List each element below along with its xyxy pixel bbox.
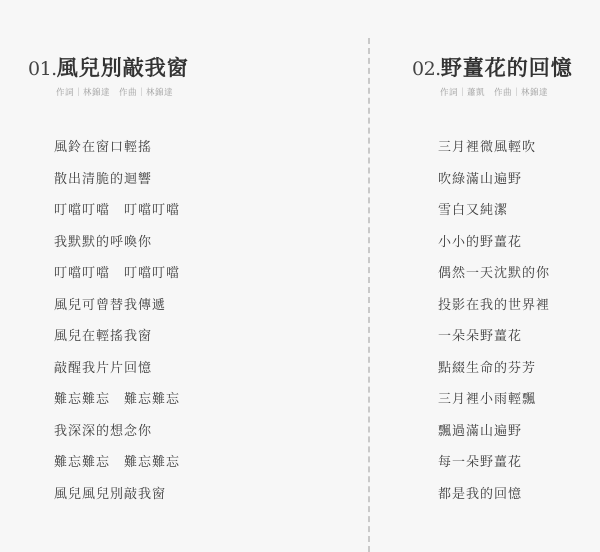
lyrics-list: 三月裡微風輕吹 吹綠滿山遍野 雪白又純潔 小小的野薑花 偶然一天沈默的你 投影在… [438,136,550,514]
lyric-line: 我默默的呼喚你 [54,231,180,263]
lyric-line: 風兒風兒別敲我窗 [54,483,180,515]
lyric-line: 叮噹叮噹 叮噹叮噹 [54,199,180,231]
song-number: 01. [28,58,57,80]
song-credits: 作詞｜林錦達 作曲｜林錦達 [56,86,173,98]
lyric-line: 都是我的回憶 [438,483,550,515]
lyric-line: 難忘難忘 難忘難忘 [54,451,180,483]
lyric-line: 偶然一天沈默的你 [438,262,550,294]
lyric-line: 敲醒我片片回憶 [54,357,180,389]
lyric-line: 我深深的想念你 [54,420,180,452]
lyric-line: 小小的野薑花 [438,231,550,263]
lyric-line: 吹綠滿山遍野 [438,168,550,200]
lyric-line: 難忘難忘 難忘難忘 [54,388,180,420]
song-title: 風兒別敲我窗 [57,52,189,82]
lyric-line: 雪白又純潔 [438,199,550,231]
song-credits: 作詞｜蕭凱 作曲｜林錦達 [440,86,548,98]
lyric-line: 每一朵野薑花 [438,451,550,483]
lyrics-list: 風鈴在窗口輕搖 散出清脆的迴響 叮噹叮噹 叮噹叮噹 我默默的呼喚你 叮噹叮噹 叮… [54,136,180,514]
lyric-line: 散出清脆的迴響 [54,168,180,200]
song-number: 02. [412,58,441,80]
lyric-line: 投影在我的世界裡 [438,294,550,326]
lyric-line: 風兒在輕搖我窗 [54,325,180,357]
song-heading: 01. 風兒別敲我窗 [28,52,189,82]
lyric-line: 一朵朵野薑花 [438,325,550,357]
song-heading: 02. 野薑花的回憶 [412,52,573,82]
lyric-line: 三月裡小雨輕飄 [438,388,550,420]
song-title: 野薑花的回憶 [441,52,573,82]
column-divider [368,38,370,552]
lyric-line: 三月裡微風輕吹 [438,136,550,168]
lyric-line: 風兒可曾替我傳遞 [54,294,180,326]
lyric-line: 點綴生命的芬芳 [438,357,550,389]
lyric-line: 飄過滿山遍野 [438,420,550,452]
lyric-line: 風鈴在窗口輕搖 [54,136,180,168]
lyric-line: 叮噹叮噹 叮噹叮噹 [54,262,180,294]
